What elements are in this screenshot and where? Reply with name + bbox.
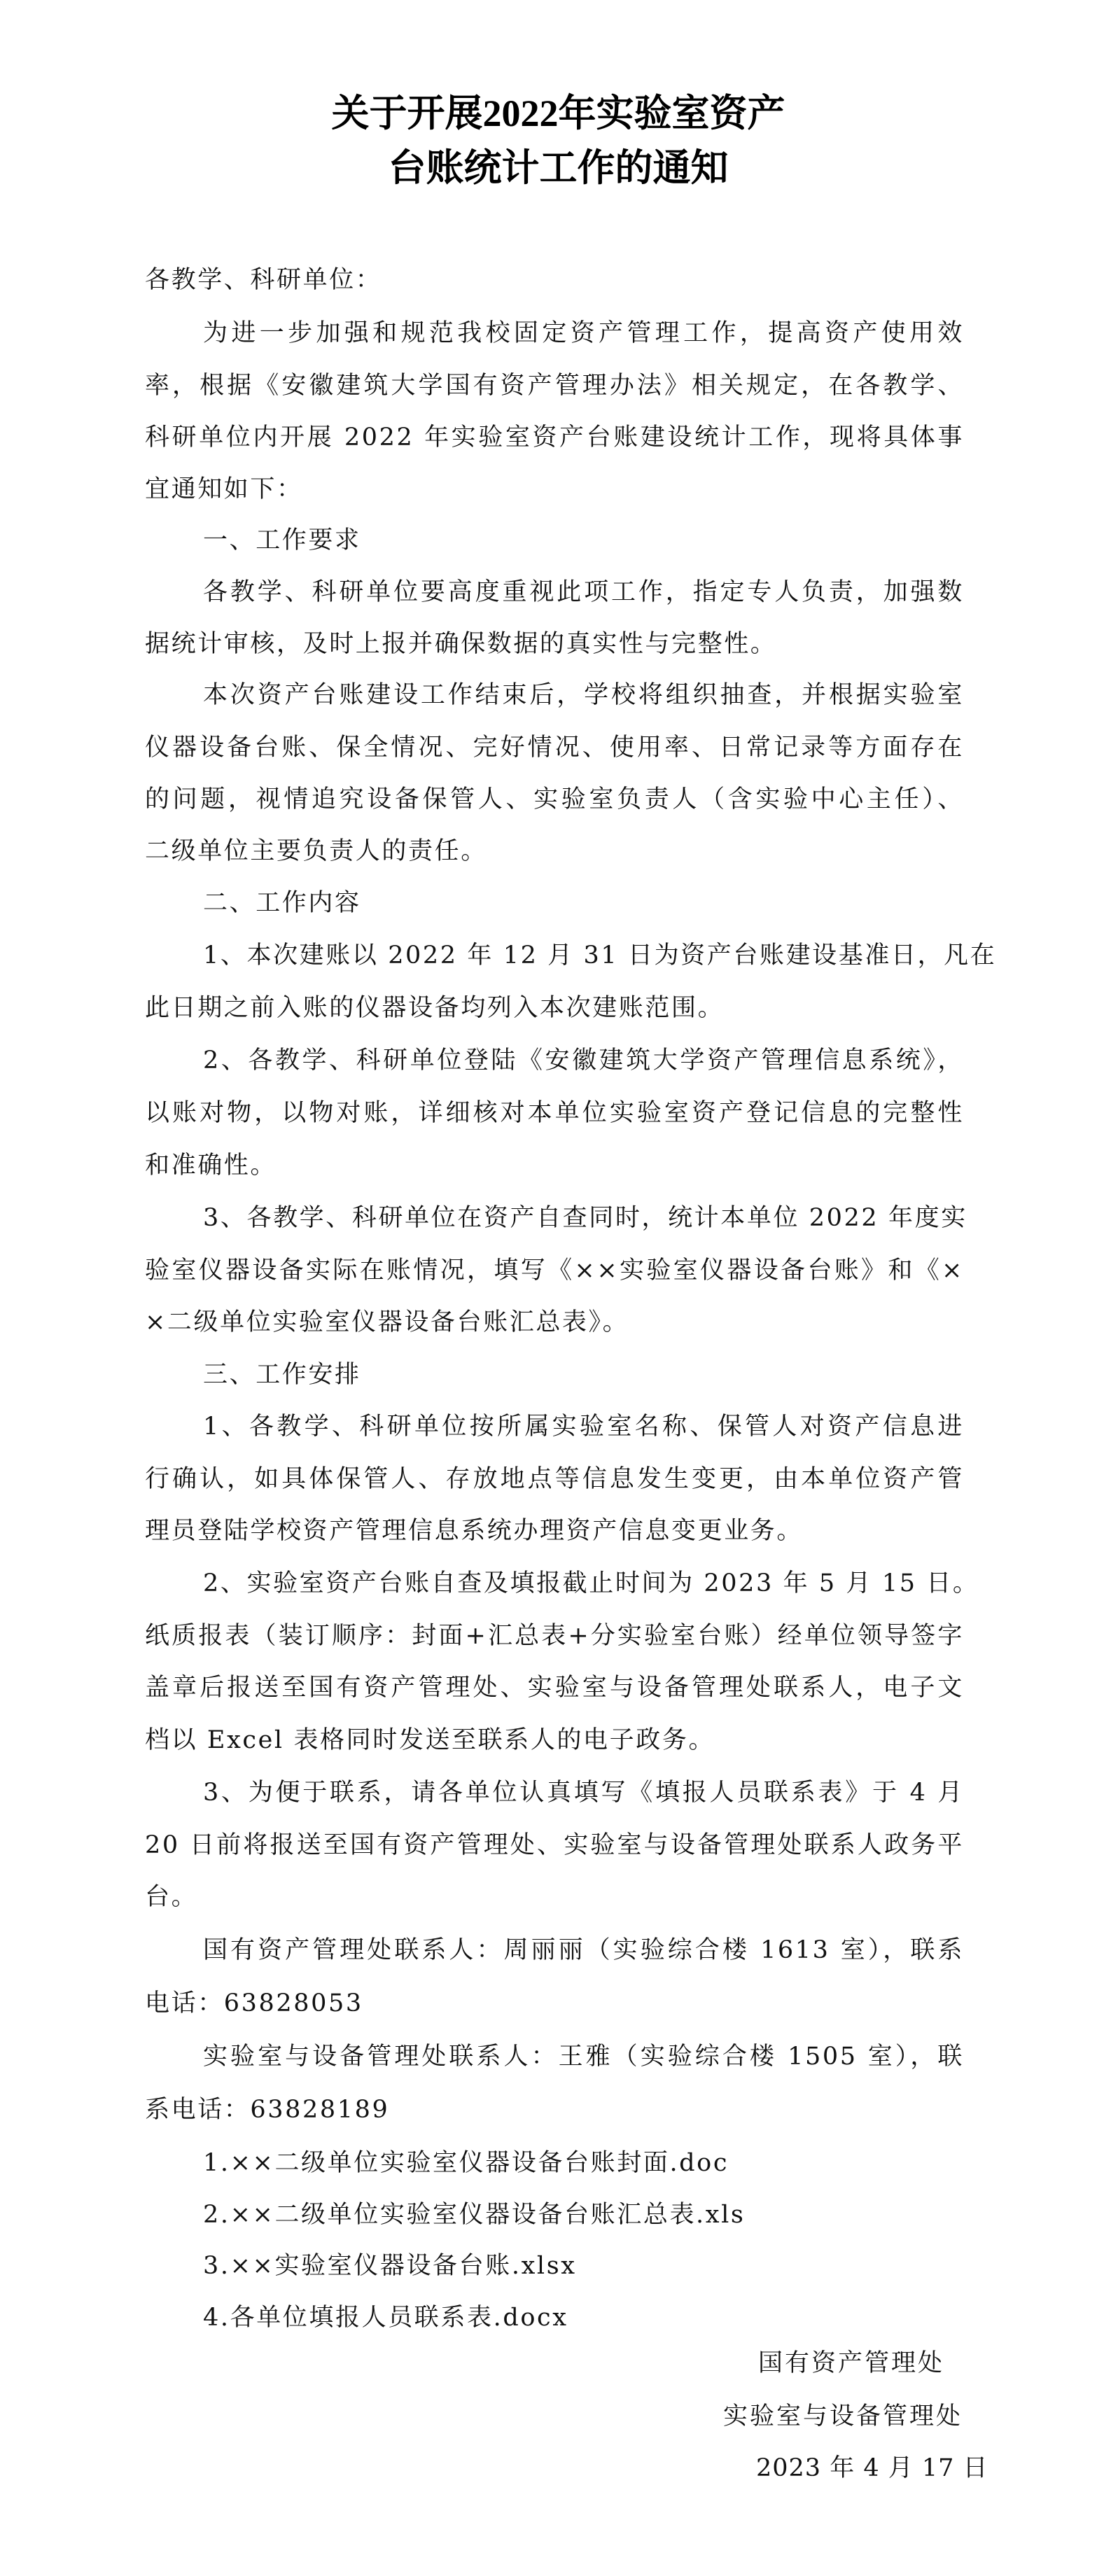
section-3-line: 1、各教学、科研单位按所属实验室名称、保管人对资产信息进	[203, 1413, 964, 1441]
signature-date: 2023 年 4 月 17 日	[756, 2454, 988, 2482]
intro-line: 率，根据《安徽建筑大学国有资产管理办法》相关规定，在各教学、	[145, 372, 964, 400]
section-2-line: 2、各教学、科研单位登陆《安徽建筑大学资产管理信息系统》，	[203, 1046, 964, 1074]
salutation: 各教学、科研单位：	[145, 266, 964, 294]
section-2-line: 和准确性。	[145, 1151, 964, 1179]
signature-org-asset: 国有资产管理处	[758, 2349, 944, 2377]
section-1-line: 各教学、科研单位要高度重视此项工作，指定专人负责，加强数	[203, 578, 964, 606]
section-1-line: 据统计审核，及时上报并确保数据的真实性与完整性。	[145, 630, 964, 658]
section-heading-content: 二、工作内容	[203, 889, 964, 917]
document-title-line-1: 关于开展2022年实验室资产	[0, 92, 1111, 134]
contact-asset-office: 国有资产管理处联系人：周丽丽（实验综合楼 1613 室），联系	[203, 1936, 964, 1964]
contact-lab-office: 实验室与设备管理处联系人：王雅（实验综合楼 1505 室），联	[203, 2043, 964, 2071]
section-2-line: 1、本次建账以 2022 年 12 月 31 日为资产台账建设基准日，凡在	[203, 941, 964, 969]
section-1-line: 二级单位主要负责人的责任。	[145, 837, 964, 865]
section-3-line: 行确认，如具体保管人、存放地点等信息发生变更，由本单位资产管	[145, 1465, 964, 1493]
section-1-line: 本次资产台账建设工作结束后，学校将组织抽查，并根据实验室	[203, 681, 964, 709]
section-3-line: 理员登陆学校资产管理信息系统办理资产信息变更业务。	[145, 1517, 964, 1545]
section-2-line: ×二级单位实验室仪器设备台账汇总表》。	[145, 1308, 964, 1336]
intro-line: 科研单位内开展 2022 年实验室资产台账建设统计工作，现将具体事	[145, 423, 964, 451]
contact-asset-office-phone: 电话：63828053	[145, 1989, 964, 2017]
signature-org-lab: 实验室与设备管理处	[723, 2402, 963, 2430]
document-title-line-2: 台账统计工作的通知	[0, 147, 1111, 189]
section-1-line: 仪器设备台账、保全情况、完好情况、使用率、日常记录等方面存在	[145, 734, 964, 762]
section-2-line: 3、各教学、科研单位在资产自查同时，统计本单位 2022 年度实	[203, 1204, 964, 1232]
section-heading-arrangement: 三、工作安排	[203, 1361, 964, 1389]
contact-lab-office-phone: 系电话：63828189	[145, 2096, 964, 2124]
section-2-line: 此日期之前入账的仪器设备均列入本次建账范围。	[145, 994, 964, 1022]
attachment-link[interactable]: 2.××二级单位实验室仪器设备台账汇总表.xls	[203, 2201, 964, 2229]
attachment-link[interactable]: 4.各单位填报人员联系表.docx	[203, 2304, 964, 2332]
attachment-link[interactable]: 3.××实验室仪器设备台账.xlsx	[203, 2252, 964, 2280]
document-page: 关于开展2022年实验室资产 台账统计工作的通知 各教学、科研单位： 为进一步加…	[0, 0, 1111, 2576]
section-3-line: 2、实验室资产台账自查及填报截止时间为 2023 年 5 月 15 日。	[203, 1569, 964, 1597]
section-3-line: 纸质报表（装订顺序：封面+汇总表+分实验室台账）经单位领导签字	[145, 1622, 964, 1650]
intro-line: 为进一步加强和规范我校固定资产管理工作，提高资产使用效	[203, 319, 964, 347]
intro-line: 宜通知如下：	[145, 475, 964, 503]
section-3-line: 盖章后报送至国有资产管理处、实验室与设备管理处联系人，电子文	[145, 1674, 964, 1702]
section-3-line: 20 日前将报送至国有资产管理处、实验室与设备管理处联系人政务平	[145, 1831, 964, 1859]
attachment-link[interactable]: 1.××二级单位实验室仪器设备台账封面.doc	[203, 2149, 964, 2177]
section-1-line: 的问题，视情追究设备保管人、实验室负责人（含实验中心主任）、	[145, 785, 964, 813]
section-2-line: 验室仪器设备实际在账情况，填写《××实验室仪器设备台账》和《×	[145, 1256, 964, 1284]
section-heading-requirements: 一、工作要求	[203, 526, 964, 554]
section-2-line: 以账对物，以物对账，详细核对本单位实验室资产登记信息的完整性	[145, 1099, 964, 1127]
section-3-line: 档以 Excel 表格同时发送至联系人的电子政务。	[145, 1726, 964, 1754]
section-3-line: 3、为便于联系，请各单位认真填写《填报人员联系表》于 4 月	[203, 1779, 964, 1807]
section-3-line: 台。	[145, 1883, 964, 1911]
